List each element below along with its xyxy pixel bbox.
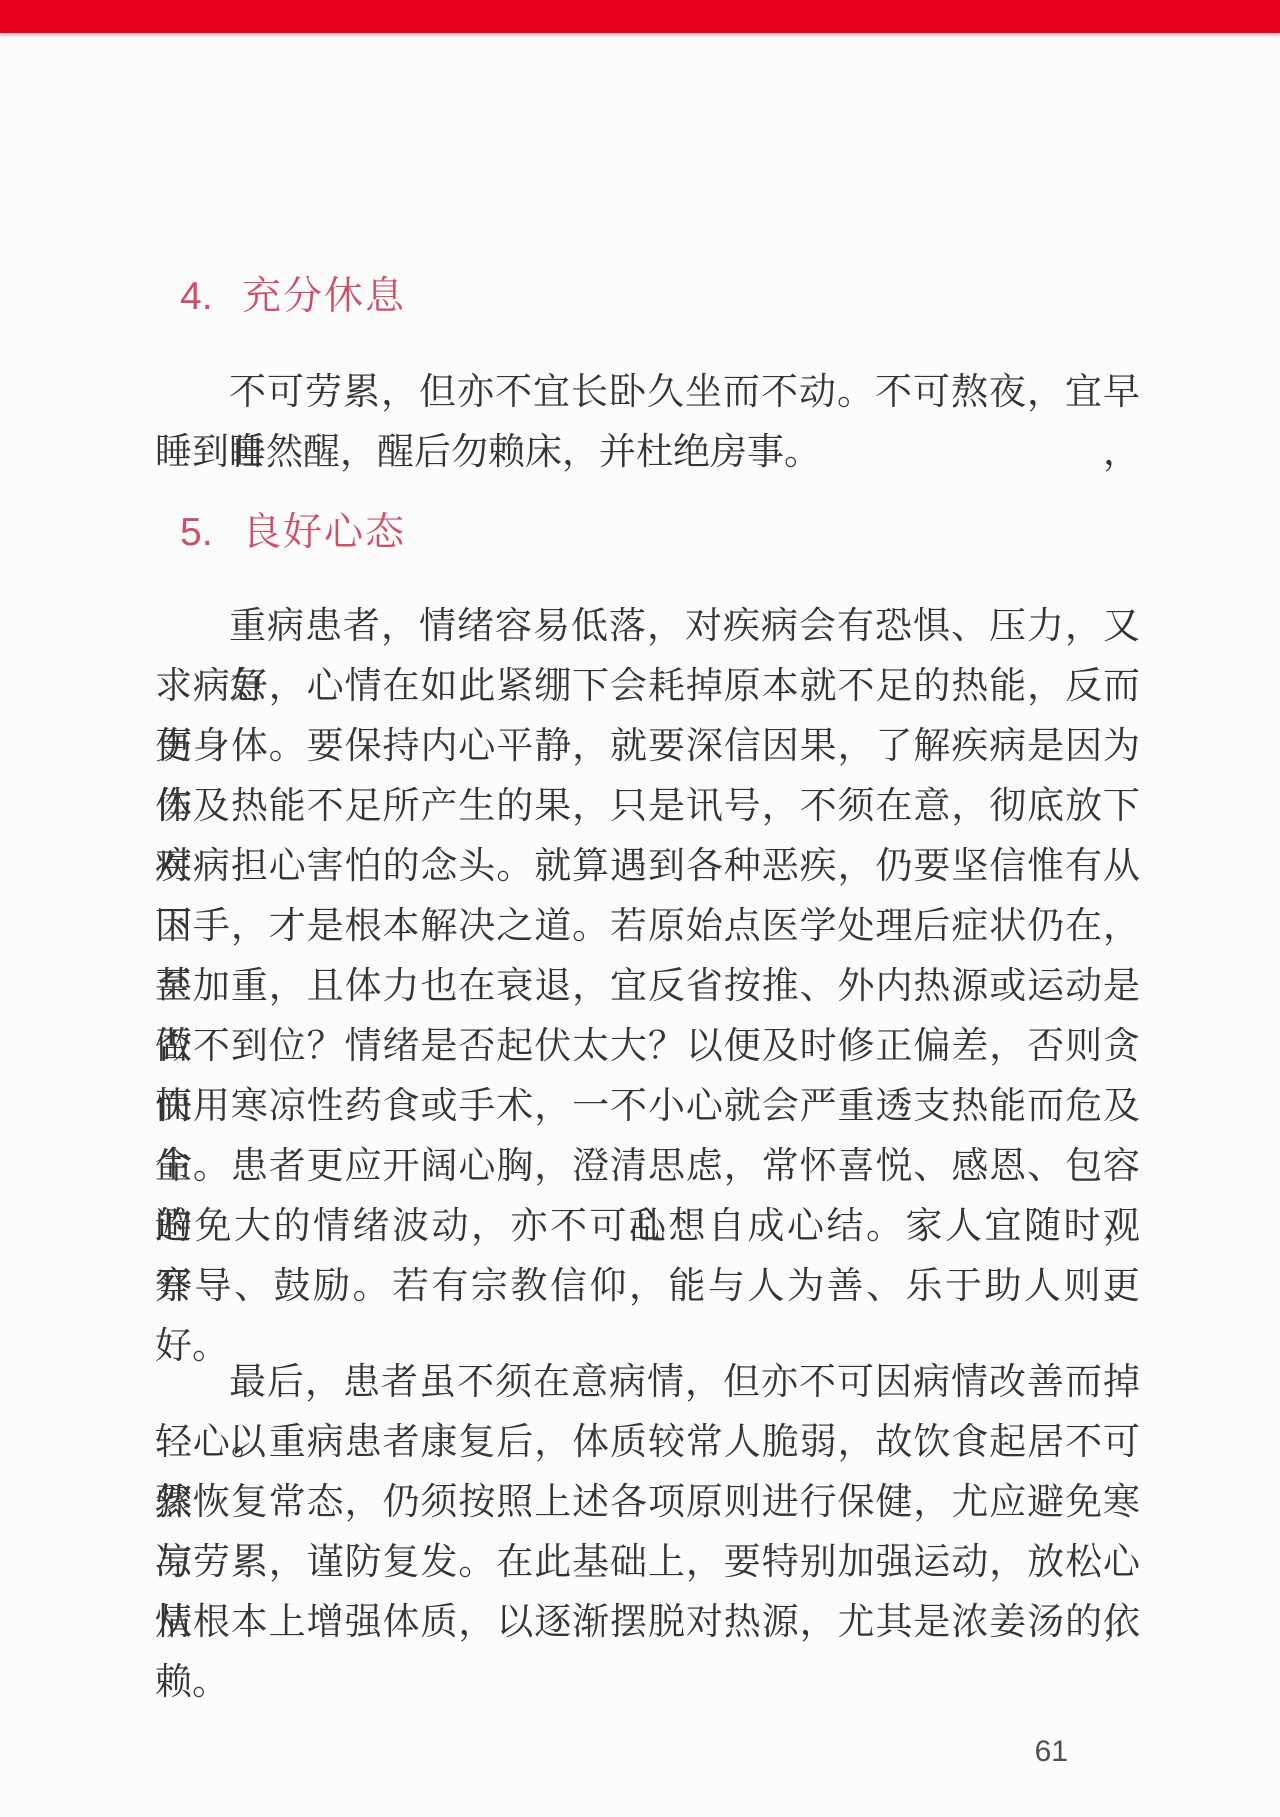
section-heading-rest: 4. 充分休息 (155, 274, 1140, 320)
text-line: 至加重，且体力也在衰退，宜反省按推、外内热源或运动是否 (155, 956, 1140, 1016)
text-line: 不可劳累，但亦不宜长卧久坐而不动。不可熬夜，宜早睡， (155, 362, 1140, 422)
text-line: 最后，患者虽不须在意病情，但亦不可因病情改善而掉以 (155, 1352, 1140, 1412)
text-line: 伤身体。要保持内心平静，就要深信因果，了解疾病是因为体 (155, 716, 1140, 776)
section-heading-attitude: 5. 良好心态 (155, 510, 1140, 556)
text-line: 重病患者，情绪容易低落，对疾病会有恐惧、压力，又急 (155, 596, 1140, 656)
text-line: 做不到位？情绪是否起伏太大？以便及时修正偏差，否则贪快 (155, 1016, 1140, 1076)
section-number: 5. (180, 510, 242, 556)
text-line: 疾病担心害怕的念头。就算遇到各种恶疾，仍要坚信惟有从因 (155, 836, 1140, 896)
text-line: 避免大的情绪波动，亦不可乱想自成心结。家人宜随时观察、 (155, 1196, 1140, 1256)
text-line: 开导、鼓励。若有宗教信仰，能与人为善、乐于助人则更好。 (155, 1256, 1140, 1316)
paragraph-attitude-2: 最后，患者虽不须在意病情，但亦不可因病情改善而掉以 轻心。重病患者康复后，体质较… (155, 1352, 1140, 1652)
page-number: 61 (1035, 1734, 1068, 1770)
text-line: 轻心。重病患者康复后，体质较常人脆弱，故饮食起居不可骤 (155, 1412, 1140, 1472)
section-rest: 4. 充分休息 不可劳累，但亦不宜长卧久坐而不动。不可熬夜，宜早睡， 睡到自然醒… (155, 274, 1140, 482)
paragraph-rest: 不可劳累，但亦不宜长卧久坐而不动。不可熬夜，宜早睡， 睡到自然醒，醒后勿赖床，并… (155, 362, 1140, 482)
text-line: 伤及热能不足所产生的果，只是讯号，不须在意，彻底放下对 (155, 776, 1140, 836)
text-line: 与劳累，谨防复发。在此基础上，要特别加强运动，放松心情， (155, 1532, 1140, 1592)
text-line: 命。患者更应开阔心胸，澄清思虑，常怀喜悦、感恩、包容的心， (155, 1136, 1140, 1196)
text-line: 从根本上增强体质，以逐渐摆脱对热源，尤其是浓姜汤的依赖。 (155, 1592, 1140, 1652)
page-content: 4. 充分休息 不可劳累，但亦不宜长卧久坐而不动。不可熬夜，宜早睡， 睡到自然醒… (0, 274, 1280, 1652)
text-line: 求病好，心情在如此紧绷下会耗掉原本就不足的热能，反而更 (155, 656, 1140, 716)
section-number: 4. (180, 274, 242, 320)
text-line: 而用寒凉性药食或手术，一不小心就会严重透支热能而危及生 (155, 1076, 1140, 1136)
paragraph-attitude-1: 重病患者，情绪容易低落，对疾病会有恐惧、压力，又急 求病好，心情在如此紧绷下会耗… (155, 596, 1140, 1316)
section-attitude: 5. 良好心态 重病患者，情绪容易低落，对疾病会有恐惧、压力，又急 求病好，心情… (155, 510, 1140, 1652)
text-line: 下手，才是根本解决之道。若原始点医学处理后症状仍在，甚 (155, 896, 1140, 956)
top-red-banner (0, 0, 1280, 33)
text-line: 然恢复常态，仍须按照上述各项原则进行保健，尤应避免寒凉 (155, 1472, 1140, 1532)
section-title: 良好心态 (242, 510, 406, 556)
section-title: 充分休息 (242, 274, 406, 320)
